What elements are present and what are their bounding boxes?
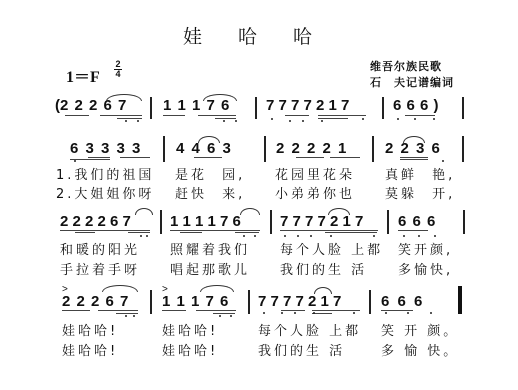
barline <box>369 290 371 314</box>
lyric-verse2: 唱起那歌儿 <box>170 259 250 278</box>
beam <box>198 115 236 116</box>
barline <box>382 97 384 119</box>
measure: 2 2 2 6 7 <box>62 293 128 310</box>
measure: 6 6 6 <box>381 293 422 310</box>
lower-octave-dot <box>137 120 139 122</box>
barline <box>264 136 266 162</box>
lyric-verse1: 花园里花朵 <box>275 164 355 183</box>
beam <box>170 230 260 231</box>
measure: 1 1 1 7 6 <box>162 293 228 310</box>
measure: 2 2 2 2 1 <box>276 140 346 157</box>
lyric-verse2: 多 愉 快。 <box>381 340 459 359</box>
beam <box>163 115 185 116</box>
barline <box>248 290 250 314</box>
lower-octave-dot <box>310 235 312 237</box>
beam <box>180 232 202 233</box>
slur <box>135 208 153 215</box>
lyric-verse1: 是花 园, <box>175 164 245 183</box>
lyric-verse2: 小弟弟你也 <box>275 183 355 202</box>
barline <box>463 210 465 234</box>
lyric-verse1: 娃哈哈! <box>62 320 118 339</box>
beam <box>128 232 150 233</box>
beam <box>215 118 236 119</box>
lower-octave-dot <box>430 312 432 314</box>
slur <box>198 136 220 143</box>
measure: 1 1 1 1 7 6 <box>170 213 241 230</box>
slur <box>106 94 142 101</box>
lower-octave-dot <box>289 120 291 122</box>
beam <box>280 230 378 231</box>
song-title: 娃哈哈 <box>183 22 348 49</box>
lyric-verse2: 手拉着手呀 <box>60 259 140 278</box>
lower-octave-dot <box>263 312 265 314</box>
lower-octave-dot <box>418 235 420 237</box>
beam <box>117 118 142 119</box>
lower-octave-dot <box>397 118 399 120</box>
beam <box>65 115 89 116</box>
barline <box>462 136 464 162</box>
beam <box>381 310 413 311</box>
slur <box>314 287 332 294</box>
slur <box>403 136 425 143</box>
time-denominator: 4 <box>115 69 120 79</box>
measure: 6 6 6 <box>398 213 435 230</box>
lower-octave-dot <box>133 315 135 317</box>
lyric-verse2: 2.大姐姐你呀 <box>56 183 154 202</box>
beam <box>194 157 222 158</box>
lower-octave-dot <box>362 118 364 120</box>
lyric-verse2: 娃哈哈! <box>62 340 118 359</box>
beam <box>312 310 360 311</box>
beam <box>281 310 305 311</box>
beam <box>400 159 428 160</box>
lower-octave-dot <box>313 312 315 314</box>
slur <box>203 94 237 101</box>
lyric-verse1: 笑开颜, <box>398 239 453 258</box>
time-signature: 2 4 <box>114 60 122 79</box>
lower-octave-dot <box>146 235 148 237</box>
lower-octave-dot <box>407 312 409 314</box>
beam <box>285 115 309 116</box>
barline <box>163 136 165 162</box>
lower-octave-dot <box>223 120 225 122</box>
lyric-verse1: 娃哈哈! <box>162 320 218 339</box>
measure: 2 2 2 2 6 7 <box>60 213 131 230</box>
lyric-verse2: 莫躲 开, <box>385 183 455 202</box>
lower-octave-dot <box>434 235 436 237</box>
slur <box>240 208 260 215</box>
beam <box>398 230 428 231</box>
lyric-verse2: 娃哈哈! <box>162 340 218 359</box>
measure: 7 7 7 7 2 1 7 <box>266 97 349 114</box>
beam <box>296 157 324 158</box>
lyric-verse2: 多愉快, <box>398 259 453 278</box>
measure: 6 3 3 3 3 <box>70 140 140 157</box>
barline <box>462 97 464 119</box>
barline <box>150 97 152 119</box>
barline <box>270 210 272 234</box>
measure: 6 6 6 ) <box>393 97 439 114</box>
lyric-verse1: 和暖的阳光 <box>60 239 140 258</box>
beam <box>235 232 259 233</box>
slur <box>102 285 138 292</box>
lyric-verse2: 我们的生 活 <box>280 259 367 278</box>
lower-octave-dot <box>125 120 127 122</box>
lower-octave-dot <box>302 120 304 122</box>
beam <box>162 310 186 311</box>
lower-octave-dot <box>243 235 245 237</box>
beam <box>100 115 142 116</box>
origin-credit: 维吾尔族民歌 <box>370 58 442 74</box>
beam <box>312 313 332 314</box>
barline <box>255 97 257 119</box>
beam <box>325 232 377 233</box>
lower-octave-dot <box>403 235 405 237</box>
lower-octave-dot <box>281 312 283 314</box>
beam <box>318 115 366 116</box>
lyric-verse1: 笑 开 颜。 <box>381 320 459 339</box>
lyric-verse1: 每个人脸 上都 <box>258 320 361 339</box>
lower-octave-dot <box>330 235 332 237</box>
beam <box>400 157 428 158</box>
lower-octave-dot <box>235 120 237 122</box>
barline <box>160 210 162 234</box>
beam <box>120 157 150 158</box>
lower-octave-dot <box>414 118 416 120</box>
lyric-verse1: 1.我们的祖国 <box>56 164 154 183</box>
barline <box>372 136 374 162</box>
beam <box>70 159 110 160</box>
lower-octave-dot <box>230 315 232 317</box>
beam <box>318 118 348 119</box>
lyric-verse1: 每个人脸 上都 <box>280 239 383 258</box>
lower-octave-dot <box>74 160 76 162</box>
beam <box>98 310 138 311</box>
beam <box>405 115 435 116</box>
barline <box>150 290 152 314</box>
lower-octave-dot <box>442 160 444 162</box>
lower-octave-dot <box>321 120 323 122</box>
measure: 7 7 7 7 2 1 7 <box>258 293 341 310</box>
lower-octave-dot <box>284 235 286 237</box>
lower-octave-dot <box>294 312 296 314</box>
lower-octave-dot <box>140 235 142 237</box>
lower-octave-dot <box>297 235 299 237</box>
lyric-verse1: 照耀着我们 <box>170 239 250 258</box>
lower-octave-dot <box>385 312 387 314</box>
slur <box>200 285 234 292</box>
lyric-verse2: 赶快 来, <box>175 183 245 202</box>
lower-octave-dot <box>254 235 256 237</box>
beam <box>75 232 95 233</box>
key-signature: 1＝F <box>66 64 100 87</box>
lower-octave-dot <box>353 312 355 314</box>
arranger-credit: 石 夫记谱编词 <box>370 74 454 90</box>
slur <box>328 208 350 215</box>
final-barline <box>458 286 462 314</box>
beam <box>88 157 110 158</box>
beam <box>116 313 138 314</box>
beam <box>62 310 90 311</box>
lower-octave-dot <box>219 315 221 317</box>
lower-octave-dot <box>271 118 273 120</box>
beam <box>60 230 150 231</box>
lyric-verse2: 我们的生 活 <box>258 340 345 359</box>
beam <box>196 310 236 311</box>
measure: 7 7 7 7 2 1 7 <box>280 213 363 230</box>
barline <box>387 210 389 234</box>
lower-octave-dot <box>373 235 375 237</box>
beam <box>330 157 360 158</box>
lower-octave-dot <box>433 118 435 120</box>
lower-octave-dot <box>125 315 127 317</box>
lyric-verse1: 真鲜 艳, <box>385 164 455 183</box>
beam <box>213 313 235 314</box>
